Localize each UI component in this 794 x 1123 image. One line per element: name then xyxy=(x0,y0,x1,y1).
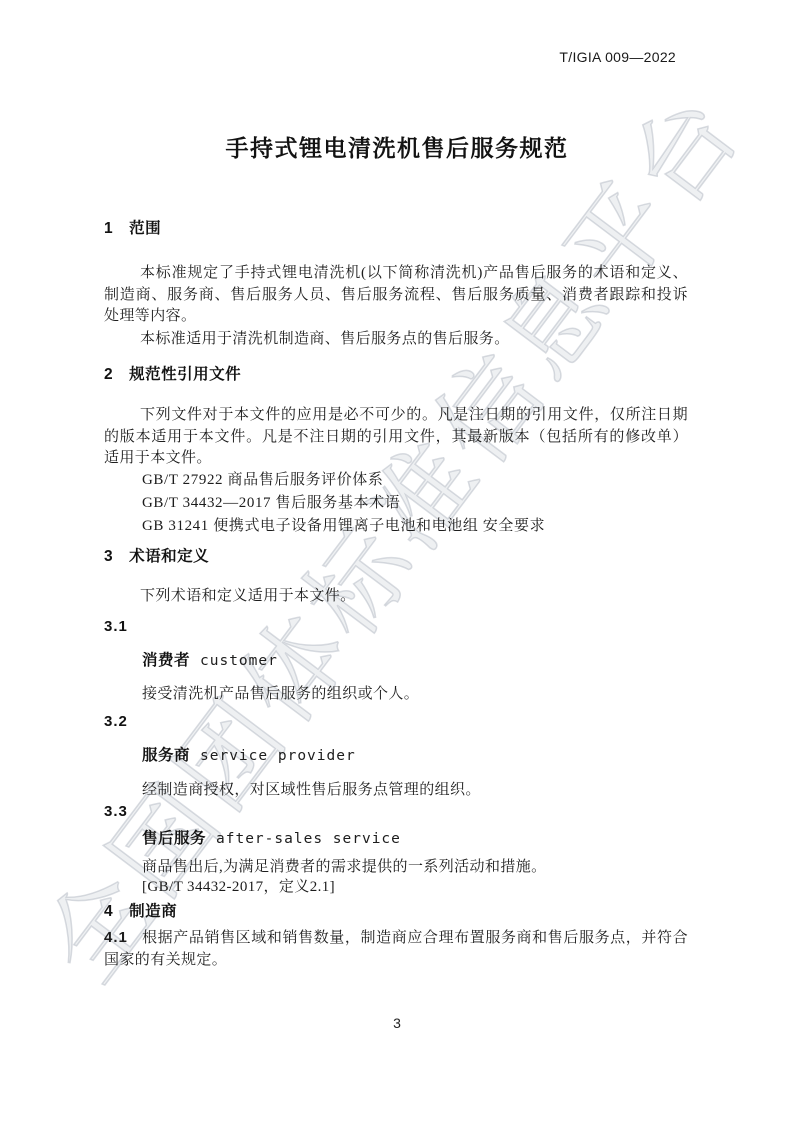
section-4-title: 制造商 xyxy=(129,903,177,920)
term-zh: 售后服务 xyxy=(142,830,206,847)
term-source-citation: [GB/T 34432-2017，定义2.1] xyxy=(104,877,688,899)
section-4-heading: 4制造商 xyxy=(104,901,688,923)
term-number: 3.3 xyxy=(104,801,688,823)
section-4-number: 4 xyxy=(104,903,113,920)
section-2-title: 规范性引用文件 xyxy=(129,366,241,383)
term-definition: 经制造商授权，对区域性售后服务点管理的组织。 xyxy=(104,780,688,802)
normative-reference: GB/T 34432—2017 售后服务基本术语 xyxy=(104,492,688,515)
section-3-title: 术语和定义 xyxy=(129,548,209,565)
section-3-intro: 下列术语和定义适用于本文件。 xyxy=(104,586,688,608)
clause-4-1-text: 根据产品销售区域和销售数量，制造商应合理布置服务商和售后服务点，并符合国家的有关… xyxy=(104,930,688,968)
section-1-number: 1 xyxy=(104,220,113,237)
term-number: 3.1 xyxy=(104,616,688,638)
normative-reference: GB 31241 便携式电子设备用锂离子电池和电池组 安全要求 xyxy=(104,515,688,538)
term-definition: 接受清洗机产品售后服务的组织或个人。 xyxy=(104,684,688,706)
term-en: customer xyxy=(200,653,278,669)
term-number: 3.2 xyxy=(104,711,688,733)
term-zh: 消费者 xyxy=(142,652,190,669)
section-3-number: 3 xyxy=(104,548,113,565)
section-2-number: 2 xyxy=(104,366,113,383)
standard-document-page: { "page": { "doc_number": "T/IGIA 009—20… xyxy=(0,0,794,1123)
term-name: 服务商service provider xyxy=(104,745,688,767)
section-1-paragraph-2: 本标准适用于清洗机制造商、售后服务点的售后服务。 xyxy=(104,329,688,351)
term-name: 消费者customer xyxy=(104,650,688,672)
term-en: after-sales service xyxy=(216,831,401,847)
doc-number: T/IGIA 009—2022 xyxy=(559,48,676,66)
section-1-title: 范围 xyxy=(129,220,161,237)
section-1-heading: 1范围 xyxy=(104,218,688,240)
section-2-paragraph-1: 下列文件对于本文件的应用是必不可少的。凡是注日期的引用文件，仅所注日期的版本适用… xyxy=(104,405,688,470)
section-1-paragraph-1: 本标准规定了手持式锂电清洗机(以下简称清洗机)产品售后服务的术语和定义、制造商、… xyxy=(104,263,688,328)
term-en: service provider xyxy=(200,748,356,764)
term-zh: 服务商 xyxy=(142,747,190,764)
page-title: 手持式锂电清洗机售后服务规范 xyxy=(0,133,794,164)
normative-reference: GB/T 27922 商品售后服务评价体系 xyxy=(104,469,688,492)
clause-4-1: 4.1根据产品销售区域和销售数量，制造商应合理布置服务商和售后服务点，并符合国家… xyxy=(104,927,688,971)
page-number: 3 xyxy=(0,1014,794,1032)
term-definition: 商品售出后,为满足消费者的需求提供的一系列活动和措施。 xyxy=(104,857,688,879)
term-name: 售后服务after-sales service xyxy=(104,828,688,850)
clause-4-1-number: 4.1 xyxy=(104,929,128,946)
section-2-heading: 2规范性引用文件 xyxy=(104,364,688,386)
section-3-heading: 3术语和定义 xyxy=(104,546,688,568)
